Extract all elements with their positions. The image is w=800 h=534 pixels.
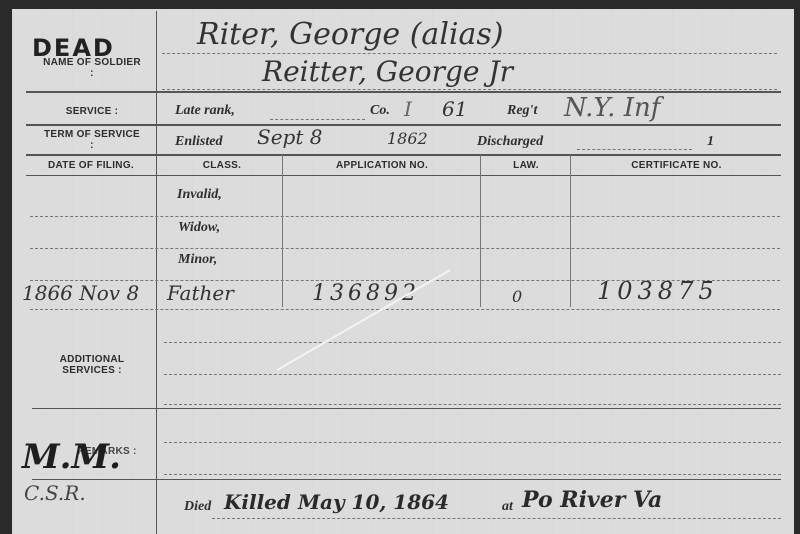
- class-header: CLASS.: [162, 160, 282, 171]
- filing-date: 1866 Nov 8: [22, 281, 139, 305]
- died-at-label: at: [502, 499, 513, 515]
- remarks-line-1: [164, 442, 781, 443]
- additional-services-label: ADDITIONAL SERVICES :: [42, 354, 142, 376]
- clerk-initials: C.S.R.: [24, 481, 86, 505]
- divider-term-table: [26, 154, 781, 156]
- pension-index-card: DEAD NAME OF SOLDIER : Riter, George (al…: [12, 9, 794, 534]
- regiment-number: 61: [442, 97, 467, 121]
- soldier-name-primary: Riter, George (alias): [197, 17, 504, 52]
- divider-additional-remarks: [32, 408, 781, 409]
- col-divider-class-application: [282, 155, 283, 307]
- company-value: I: [404, 97, 412, 121]
- regiment-state-branch: N.Y. Inf: [564, 93, 660, 123]
- law-header: LAW.: [482, 160, 570, 171]
- name-line-2: [162, 89, 777, 90]
- divider-name-service: [26, 91, 781, 93]
- died-line: [212, 518, 781, 519]
- late-rank-field: [270, 119, 365, 120]
- service-label: SERVICE :: [42, 106, 142, 117]
- filing-class: Father: [167, 281, 234, 305]
- name-of-soldier-label: NAME OF SOLDIER :: [42, 57, 142, 79]
- class-minor: Minor,: [178, 252, 217, 268]
- left-column-divider: [156, 11, 157, 534]
- certificate-number: 103875: [597, 277, 719, 305]
- additional-line-2: [164, 374, 781, 375]
- row-line-1: [30, 216, 780, 217]
- divider-service-term: [26, 124, 781, 126]
- soldier-name-alias: Reitter, George Jr: [262, 55, 513, 88]
- certificate-no-header: CERTIFICATE NO.: [572, 160, 781, 171]
- died-label: Died: [184, 499, 211, 515]
- enlisted-year: 1862: [387, 129, 428, 148]
- died-place: Po River Va: [522, 487, 662, 513]
- company-label: Co.: [370, 103, 390, 119]
- col-divider-application-law: [480, 155, 481, 307]
- application-no-header: APPLICATION NO.: [284, 160, 480, 171]
- row-line-2: [30, 248, 780, 249]
- term-of-service-label: TERM OF SERVICE :: [42, 129, 142, 151]
- discharged-field: [577, 149, 692, 150]
- date-of-filing-header: DATE OF FILING.: [26, 160, 156, 171]
- class-invalid: Invalid,: [177, 187, 222, 203]
- class-widow: Widow,: [178, 220, 220, 236]
- enlisted-date: Sept 8: [257, 125, 322, 149]
- regiment-label: Reg't: [507, 103, 537, 119]
- additional-line-3: [164, 404, 781, 405]
- divider-remarks-died: [32, 479, 781, 480]
- col-divider-law-certificate: [570, 155, 571, 307]
- additional-line-1: [164, 342, 781, 343]
- late-rank-label: Late rank,: [175, 103, 235, 119]
- table-header-underline: [26, 175, 781, 176]
- application-number: 136892: [312, 281, 420, 306]
- remarks-line-2: [164, 474, 781, 475]
- name-line-1: [162, 53, 777, 54]
- law-value: 0: [512, 287, 522, 306]
- remarks-mark: M.M.: [22, 437, 121, 477]
- discharged-year-prefix: 1: [707, 134, 714, 150]
- enlisted-label: Enlisted: [175, 134, 222, 150]
- died-text: Killed May 10, 1864: [224, 490, 449, 514]
- discharged-label: Discharged: [477, 134, 543, 150]
- row-line-4: [30, 309, 780, 310]
